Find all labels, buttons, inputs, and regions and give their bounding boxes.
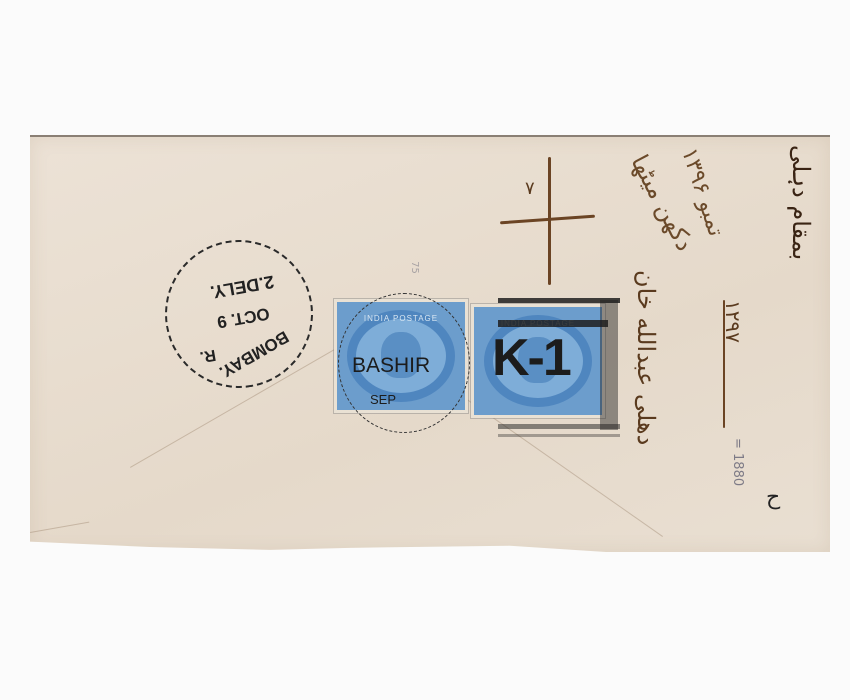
ink-flourish: ح xyxy=(766,485,780,510)
k1-duplex-cancel: K-1 xyxy=(492,328,570,388)
duplex-bar xyxy=(498,434,620,437)
faint-marks: 75 xyxy=(409,261,420,274)
pencil-date-note: = 1880 xyxy=(730,438,745,486)
urdu-address-line-1: دهلی عبدالله خان xyxy=(632,270,660,445)
bashir-cancel-date: SEP xyxy=(370,392,396,407)
urdu-right-column: بمقام دہلی xyxy=(787,145,815,260)
manuscript-underline xyxy=(723,300,725,428)
manuscript-cross-vertical xyxy=(548,157,551,285)
flap-crease xyxy=(30,522,89,533)
manuscript-numeral: ٧ xyxy=(525,178,535,199)
duplex-bar xyxy=(498,320,608,327)
bombay-backstamp: BOMBAY. R. OCT. 9 2.DELY. xyxy=(153,228,324,399)
duplex-bar xyxy=(600,300,618,430)
bashir-cancel: BASHIR xyxy=(352,354,430,378)
backstamp-letter: R. xyxy=(198,345,217,366)
